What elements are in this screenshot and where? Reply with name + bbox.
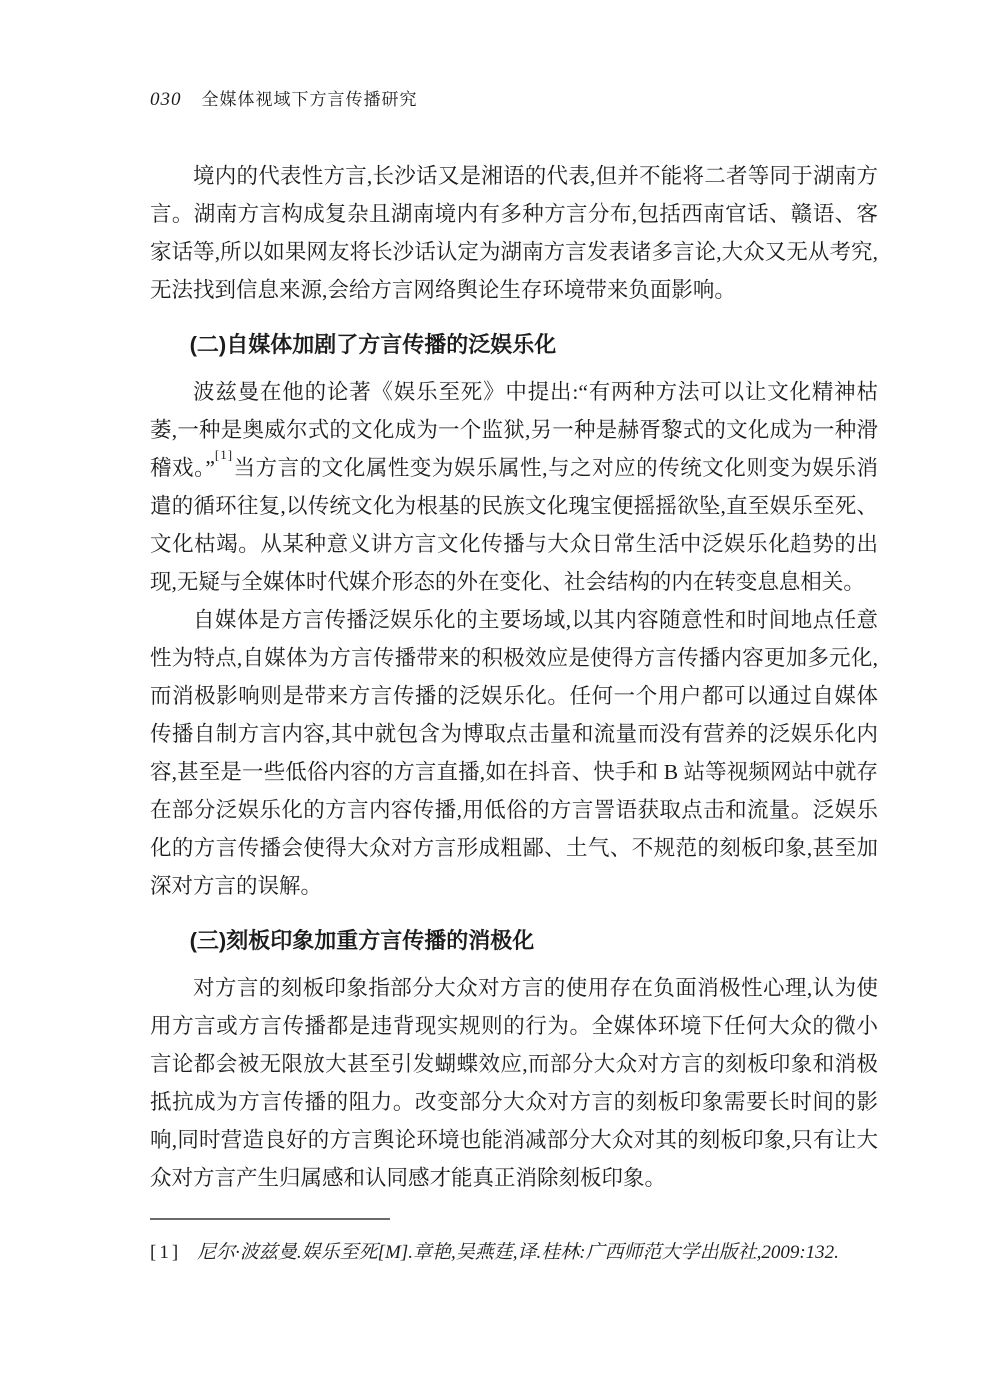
- running-head-book-title: 全媒体视域下方言传播研究: [202, 85, 418, 110]
- footnote-area: [1]尼尔·波兹曼.娱乐至死[M].章艳,吴燕莛,译.桂林:广西师范大学出版社,…: [150, 1218, 878, 1268]
- footnote-divider: [150, 1218, 390, 1220]
- footnote-marker: [1]: [150, 1242, 181, 1263]
- footnote-reference-marker: [1]: [215, 447, 233, 462]
- section-heading-3: (三)刻板印象加重方言传播的消极化: [150, 922, 878, 960]
- paragraph-text-after-ref: 当方言的文化属性变为娱乐属性,与之对应的传统文化则变为娱乐消遣的循环往复,以传统…: [150, 456, 878, 594]
- running-head: 030 全媒体视域下方言传播研究: [150, 85, 878, 111]
- footnote: [1]尼尔·波兹曼.娱乐至死[M].章艳,吴燕莛,译.桂林:广西师范大学出版社,…: [150, 1238, 878, 1268]
- page-body: 境内的代表性方言,长沙话又是湘语的代表,但并不能将二者等同于湖南方言。湖南方言构…: [150, 157, 878, 1197]
- paragraph-amusing-to-death: 波兹曼在他的论著《娱乐至死》中提出:“有两种方法可以让文化精神枯萎,一种是奥威尔…: [150, 373, 878, 601]
- paragraph-stereotype: 对方言的刻板印象指部分大众对方言的使用存在负面消极性心理,认为使用方言或方言传播…: [150, 969, 878, 1197]
- footnote-citation-text: 尼尔·波兹曼.娱乐至死[M].章艳,吴燕莛,译.桂林:广西师范大学出版社,200…: [197, 1242, 839, 1263]
- book-page: 030 全媒体视域下方言传播研究 境内的代表性方言,长沙话又是湘语的代表,但并不…: [0, 0, 998, 1395]
- section-heading-2: (二)自媒体加剧了方言传播的泛娱乐化: [150, 326, 878, 364]
- paragraph-hunan-dialect-continuation: 境内的代表性方言,长沙话又是湘语的代表,但并不能将二者等同于湖南方言。湖南方言构…: [150, 157, 878, 309]
- paragraph-we-media-entertainment: 自媒体是方言传播泛娱乐化的主要场域,以其内容随意性和时间地点任意性为特点,自媒体…: [150, 601, 878, 905]
- page-number: 030: [150, 89, 182, 111]
